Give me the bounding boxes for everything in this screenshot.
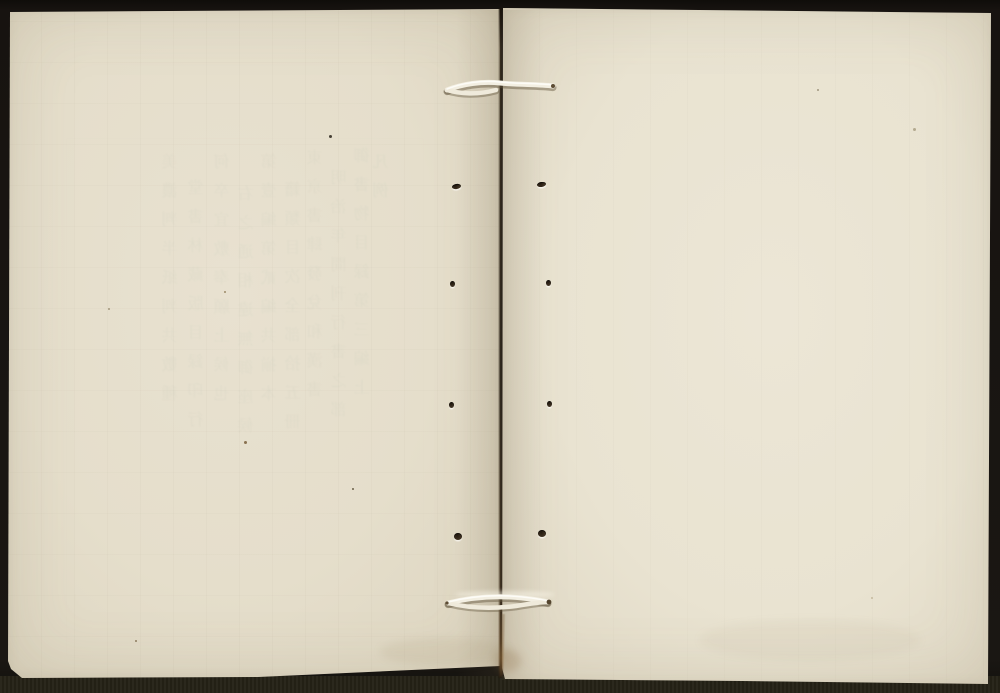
binding-hole — [449, 402, 454, 408]
binding-hole — [538, 530, 546, 537]
paper-speck — [244, 441, 247, 444]
left-page — [8, 9, 500, 678]
paper-speck — [913, 128, 916, 131]
paper-speck — [329, 135, 332, 138]
binding-hole — [450, 281, 455, 287]
right-page — [502, 8, 992, 684]
paper-speck — [352, 488, 354, 490]
book-photograph: 御書物目録第三編上明治年間刊行書之部東亰書肆發兌和漢書籍類目次全部拾五冊第壹編第… — [0, 0, 1000, 693]
right-page-vignette — [502, 8, 992, 684]
left-page-vignette — [8, 9, 500, 678]
binding-hole — [454, 533, 462, 540]
paper-speck — [817, 89, 819, 91]
binding-hole — [546, 280, 551, 286]
paper-speck — [135, 640, 137, 642]
paper-speck — [871, 597, 873, 599]
paper-speck — [224, 291, 226, 293]
paper-speck — [108, 308, 110, 310]
binding-hole — [547, 401, 552, 407]
